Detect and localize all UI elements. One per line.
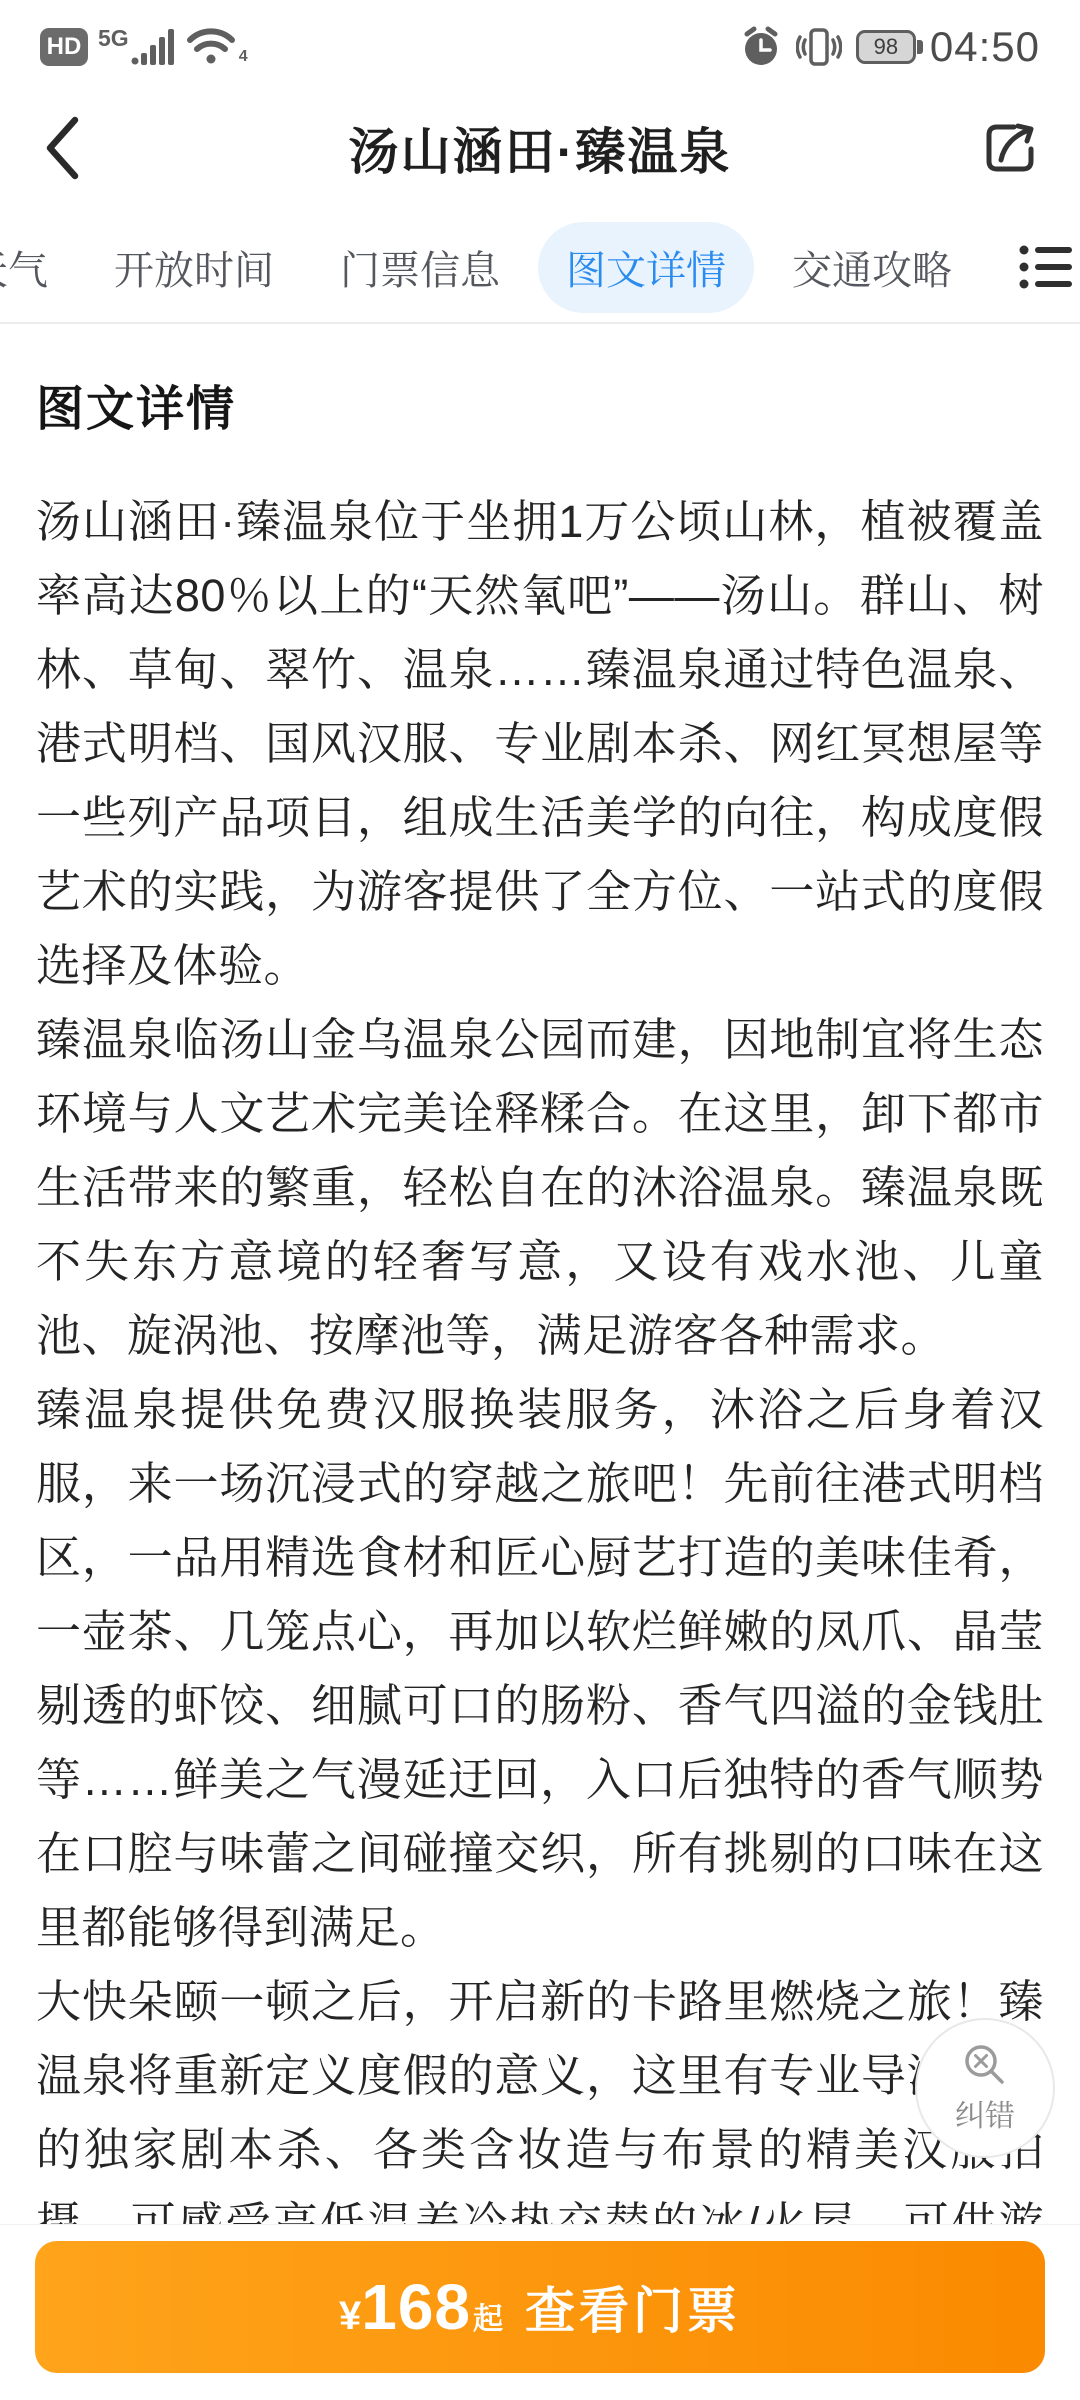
alarm-icon [740, 26, 782, 68]
network-type-label: 5G [98, 25, 129, 52]
status-right-cluster: 98 04:50 [726, 23, 1040, 71]
view-tickets-label: 查看门票 [525, 2271, 741, 2343]
share-icon[interactable] [980, 118, 1040, 178]
price-value: 168 [361, 2270, 471, 2344]
header: 汤山涵田·臻温泉 [0, 84, 1080, 212]
tab-weather[interactable]: 天气 [0, 239, 48, 296]
signal-icon [131, 28, 175, 66]
tab-transport-guide[interactable]: 交通攻略 [792, 239, 952, 296]
article-paragraph: 大快朵颐一顿之后，开启新的卡路里燃烧之旅！臻温泉将重新定义度假的意义，这里有专业… [36, 1965, 1044, 2224]
article-paragraph: 臻温泉临汤山金乌温泉公园而建，因地制宜将生态环境与人文艺术完美诠释糅合。在这里，… [36, 1003, 1044, 1373]
section-title: 图文详情 [36, 370, 1044, 439]
view-tickets-button[interactable]: ¥ 168 起 查看门票 [35, 2241, 1045, 2373]
screen: HD 5G 4 [0, 0, 1080, 2400]
page-title: 汤山涵田·臻温泉 [0, 112, 1080, 184]
wifi-generation-badge: 4 [239, 48, 248, 66]
article-content[interactable]: 图文详情 汤山涵田·臻温泉位于坐拥1万公顷山林，植被覆盖率高达80％以上的“天然… [0, 328, 1080, 2224]
article-paragraph: 汤山涵田·臻温泉位于坐拥1万公顷山林，植被覆盖率高达80％以上的“天然氧吧”——… [36, 485, 1044, 1003]
tab-opening-hours[interactable]: 开放时间 [114, 239, 274, 296]
price-suffix: 起 [473, 2294, 503, 2338]
battery-icon: 98 [856, 30, 916, 64]
price-group: ¥ 168 起 [339, 2270, 503, 2344]
status-bar: HD 5G 4 [0, 0, 1080, 84]
status-time: 04:50 [930, 23, 1040, 71]
menu-icon[interactable] [1018, 239, 1074, 295]
correction-label: 纠错 [955, 2091, 1015, 2135]
status-left-cluster: HD 5G 4 [40, 26, 266, 68]
wifi-icon [185, 26, 237, 68]
tab-ticket-info[interactable]: 门票信息 [340, 239, 500, 296]
hd-badge: HD [40, 28, 88, 66]
correction-button[interactable]: 纠错 [915, 2018, 1055, 2158]
currency-symbol: ¥ [339, 2294, 361, 2339]
correction-icon [961, 2041, 1009, 2089]
tab-details-active[interactable]: 图文详情 [538, 222, 754, 313]
bottom-bar: ¥ 168 起 查看门票 [0, 2224, 1080, 2400]
tab-bar: 天气 开放时间 门票信息 图文详情 交通攻略 [0, 212, 1080, 324]
vibrate-icon [796, 26, 842, 68]
back-icon[interactable] [42, 115, 82, 181]
article-paragraph: 臻温泉提供免费汉服换装服务，沐浴之后身着汉服，来一场沉浸式的穿越之旅吧！先前往港… [36, 1373, 1044, 1965]
